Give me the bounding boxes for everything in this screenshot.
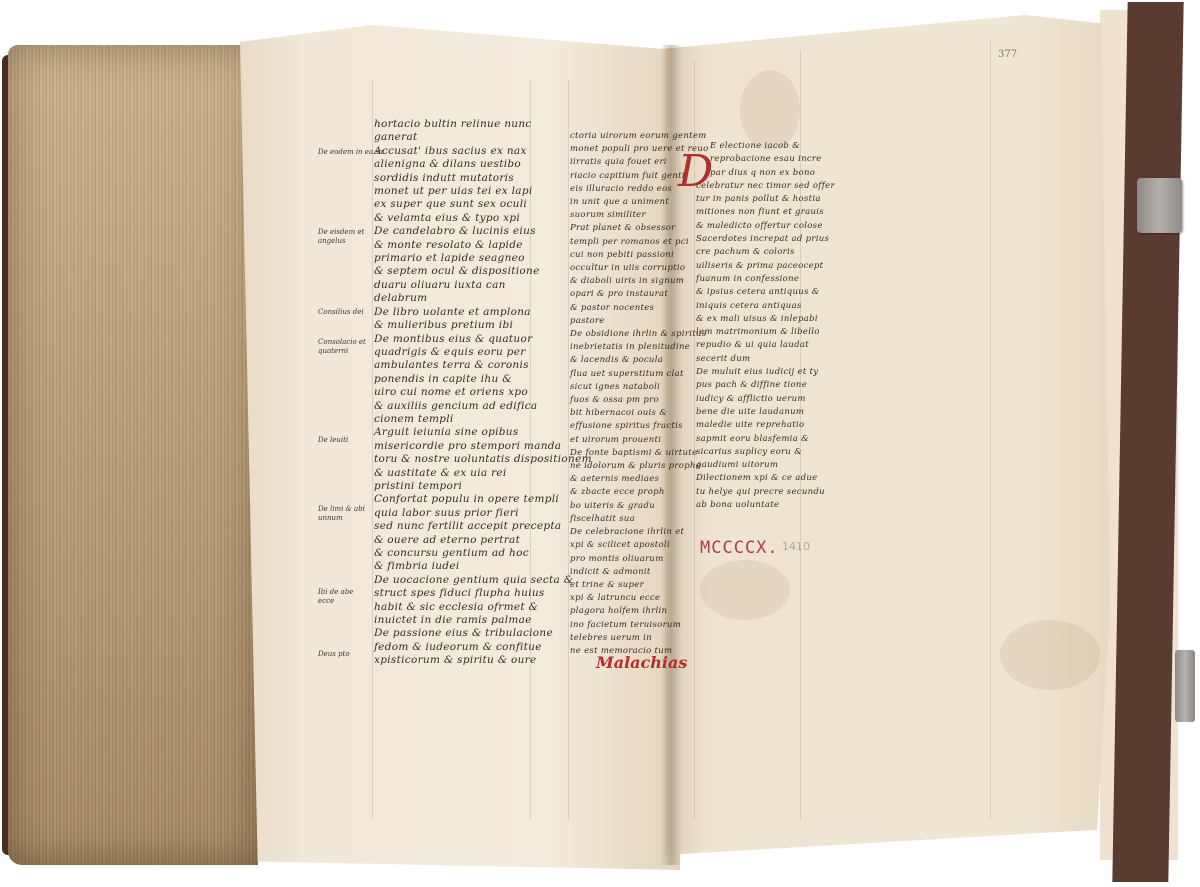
text-line: ambulantes terra & coronis xyxy=(374,359,592,372)
text-line: telebres uerum in xyxy=(570,632,709,645)
metal-clasp-icon xyxy=(1175,650,1195,722)
water-stain xyxy=(700,560,790,620)
text-line: & monte resolato & lapide xyxy=(374,239,592,252)
text-line: tu helye qui precre secundu xyxy=(696,486,835,499)
text-line: & mulieribus pretium ibi xyxy=(374,319,592,332)
pencil-date-annotation: 1410 xyxy=(782,540,810,553)
text-line: repudio & ui quia laudat xyxy=(696,339,835,352)
marginal-note: Consilius dei xyxy=(318,308,368,317)
text-line: sicarius suplicy eoru & xyxy=(696,446,835,459)
marginal-note: Ibi de abe ecce xyxy=(318,588,368,606)
text-line: suorum similiter xyxy=(570,209,709,222)
text-line: cionem templi xyxy=(374,413,592,426)
text-line: ex super que sunt sex oculi xyxy=(374,198,592,211)
marginal-note: De eisdem et angelus xyxy=(318,228,368,246)
text-line: ganerat xyxy=(374,131,592,144)
ruling-line xyxy=(990,40,991,820)
text-line: & ex mali uisus & inlepabi xyxy=(696,313,835,326)
text-line: fuos & ossa pm pro xyxy=(570,394,709,407)
right-page-column: E electione iacob & reprobacione esau in… xyxy=(696,140,835,512)
text-line: misericordie pro stempori manda xyxy=(374,440,592,453)
marginal-note: Consolacio et quaterni xyxy=(318,338,370,356)
text-line: cre pachum & coloris xyxy=(696,246,835,259)
text-line: struct spes fiduci flupha huius xyxy=(374,587,592,600)
text-line: maledie uite reprehatio xyxy=(696,419,835,432)
text-line: bit hibernacoi ouis & xyxy=(570,407,709,420)
metal-clasp-icon xyxy=(1137,178,1182,233)
text-line: iniquis cetera antiquas xyxy=(696,300,835,313)
text-line: & maledicto offertur colose xyxy=(696,220,835,233)
fore-edge-page-block xyxy=(8,45,258,865)
text-line: in unit que a uniment xyxy=(570,196,709,209)
text-line: secerit dum xyxy=(696,353,835,366)
text-line: pro montis oliuarum xyxy=(570,553,709,566)
text-line: & aeternis mediaes xyxy=(570,473,709,486)
left-page-column-a: hortacio bultin relinue nunc ganerat Acc… xyxy=(374,118,592,668)
text-line: cui non pebiti passioni xyxy=(570,249,709,262)
text-line: E electione iacob & xyxy=(696,140,835,153)
text-line: sordidis indutt mutatoris xyxy=(374,172,592,185)
text-line: hortacio bultin relinue nunc xyxy=(374,118,592,131)
text-line: & ouere ad eterno pertrat xyxy=(374,534,592,547)
text-line: templi per romanos et pci xyxy=(570,236,709,249)
text-line: occultur in uiis corruptio xyxy=(570,262,709,275)
marginal-note: De leuiti xyxy=(318,436,348,445)
text-line: xpi & scilicet apostoli xyxy=(570,539,709,552)
text-line: quia labor suus prior fieri xyxy=(374,507,592,520)
text-line: ctoria uirorum eorum gentem xyxy=(570,130,709,143)
marginal-note: De eodem in ea sa xyxy=(318,148,383,157)
text-line: De fonte baptismi & uirtute xyxy=(570,447,709,460)
text-line: indicit & admonit xyxy=(570,566,709,579)
text-line: delabrum xyxy=(374,292,592,305)
text-line: ino facietum teruisorum xyxy=(570,619,709,632)
text-line: quadrigis & equis eoru per xyxy=(374,346,592,359)
text-line: sed nunc fertilit accepit precepta xyxy=(374,520,592,533)
text-line: De uocacione gentium quia secta & xyxy=(374,574,592,587)
folio-number: 377 xyxy=(998,49,1017,60)
text-line: mitiones non fiunt et grauis xyxy=(696,206,835,219)
text-line: & lacendis & pocula xyxy=(570,354,709,367)
text-line: Arguit ieiunia sine opibus xyxy=(374,426,592,439)
text-line: et uirorum prouenti xyxy=(570,434,709,447)
text-line: iudicy & afflictio uerum xyxy=(696,393,835,406)
marginal-note: De limi & abi unnum xyxy=(318,505,368,523)
colophon-date: MCCCCX. xyxy=(700,538,779,558)
text-line: et trine & super xyxy=(570,579,709,592)
text-line: Prat planet & obsessor xyxy=(570,222,709,235)
text-line: pus pach & diffine tione xyxy=(696,379,835,392)
text-line: sicut ignes nataboli xyxy=(570,381,709,394)
text-line: pristini tempori xyxy=(374,480,592,493)
text-line: habit & sic ecclesia ofrmet & xyxy=(374,601,592,614)
text-line: bene die uite laudanum xyxy=(696,406,835,419)
text-line: Confortat populu in opere templi xyxy=(374,493,592,506)
text-line: De montibus eius & quatuor xyxy=(374,333,592,346)
text-line: De obsidione ihrlin & spiritus xyxy=(570,328,709,341)
text-line: toru & nostre uoluntatis dispositionem xyxy=(374,453,592,466)
text-line: De candelabro & lucinis eius xyxy=(374,225,592,238)
text-line: inebrietatis in plenitudine xyxy=(570,341,709,354)
text-line: ponendis in capite ihu & xyxy=(374,373,592,386)
text-line: lem matrimonium & libello xyxy=(696,326,835,339)
text-line: fuanum in confessione xyxy=(696,273,835,286)
text-line: Accusat' ibus sacius ex nax xyxy=(374,145,592,158)
text-line: Dilectionem xpi & ce adue xyxy=(696,472,835,485)
text-line: tur in panis pollut & hostia xyxy=(696,193,835,206)
text-line: & concursu gentium ad hoc xyxy=(374,547,592,560)
text-line: plagora holfem ihrlin xyxy=(570,605,709,618)
text-line: & uastitate & ex uia rei xyxy=(374,467,592,480)
text-line: De muluit eius iudicij et ty xyxy=(696,366,835,379)
water-stain xyxy=(740,70,800,150)
text-line: & auxiliis gencium ad edifica xyxy=(374,400,592,413)
text-line: celebratur nec timor sed offer xyxy=(696,180,835,193)
text-line: sapmit eoru blasfemia & xyxy=(696,433,835,446)
left-page-column-b: ctoria uirorum eorum gentem monet populi… xyxy=(570,130,709,658)
text-line: effusione spiritus fractis xyxy=(570,420,709,433)
text-line: De passione eius & tribulacione xyxy=(374,627,592,640)
text-line: Sacerdotes increpat ad prius xyxy=(696,233,835,246)
text-line: opari & pro instaurat xyxy=(570,288,709,301)
text-line: gaudiumi uitorum xyxy=(696,459,835,472)
text-line: uiro cui nome et oriens xpo xyxy=(374,386,592,399)
text-line: & zbacte ecce proph xyxy=(570,486,709,499)
text-line: uiliseris & prima paceocept xyxy=(696,260,835,273)
text-line: fedom & iudeorum & confitue xyxy=(374,641,592,654)
text-line: pastore xyxy=(570,315,709,328)
text-line: xpi & latruncu ecce xyxy=(570,592,709,605)
text-line: & pastor nocentes xyxy=(570,302,709,315)
text-line: bo uiteris & gradu xyxy=(570,500,709,513)
manuscript-photo: hortacio bultin relinue nunc ganerat Acc… xyxy=(0,0,1200,887)
text-line: & ipsius cetera antiquus & xyxy=(696,286,835,299)
text-line: duaru oliuaru iuxta can xyxy=(374,279,592,292)
text-line: xpisticorum & spiritu & oure xyxy=(374,654,592,667)
text-line: alienigna & dilans uestibo xyxy=(374,158,592,171)
text-line: ne idolorum & pluris prophe xyxy=(570,460,709,473)
explicit-malachias: Malachias xyxy=(596,653,687,672)
text-line: ab bona uoluntate xyxy=(696,499,835,512)
text-line: flua uet superstitum clat xyxy=(570,368,709,381)
text-line: fiscelhatit sua xyxy=(570,513,709,526)
text-line: par dius q non ex bono xyxy=(696,167,835,180)
text-line: & velamta eius & typo xpi xyxy=(374,212,592,225)
text-line: primario et lapide seagneo xyxy=(374,252,592,265)
text-line: De celebracione ihrlin et xyxy=(570,526,709,539)
marginal-note: Deus pto xyxy=(318,650,350,659)
text-line: & fimbria iudei xyxy=(374,560,592,573)
text-line: & diaboli uiris in signum xyxy=(570,275,709,288)
ruling-line xyxy=(372,80,373,820)
text-line: inuictet in die ramis palmae xyxy=(374,614,592,627)
water-stain xyxy=(1000,620,1100,690)
text-line: reprobacione esau incre xyxy=(696,153,835,166)
text-line: De libro uolante et amplona xyxy=(374,306,592,319)
text-line: & septem ocul & dispositione xyxy=(374,265,592,278)
text-line: monet ut per uias tei ex lapi xyxy=(374,185,592,198)
